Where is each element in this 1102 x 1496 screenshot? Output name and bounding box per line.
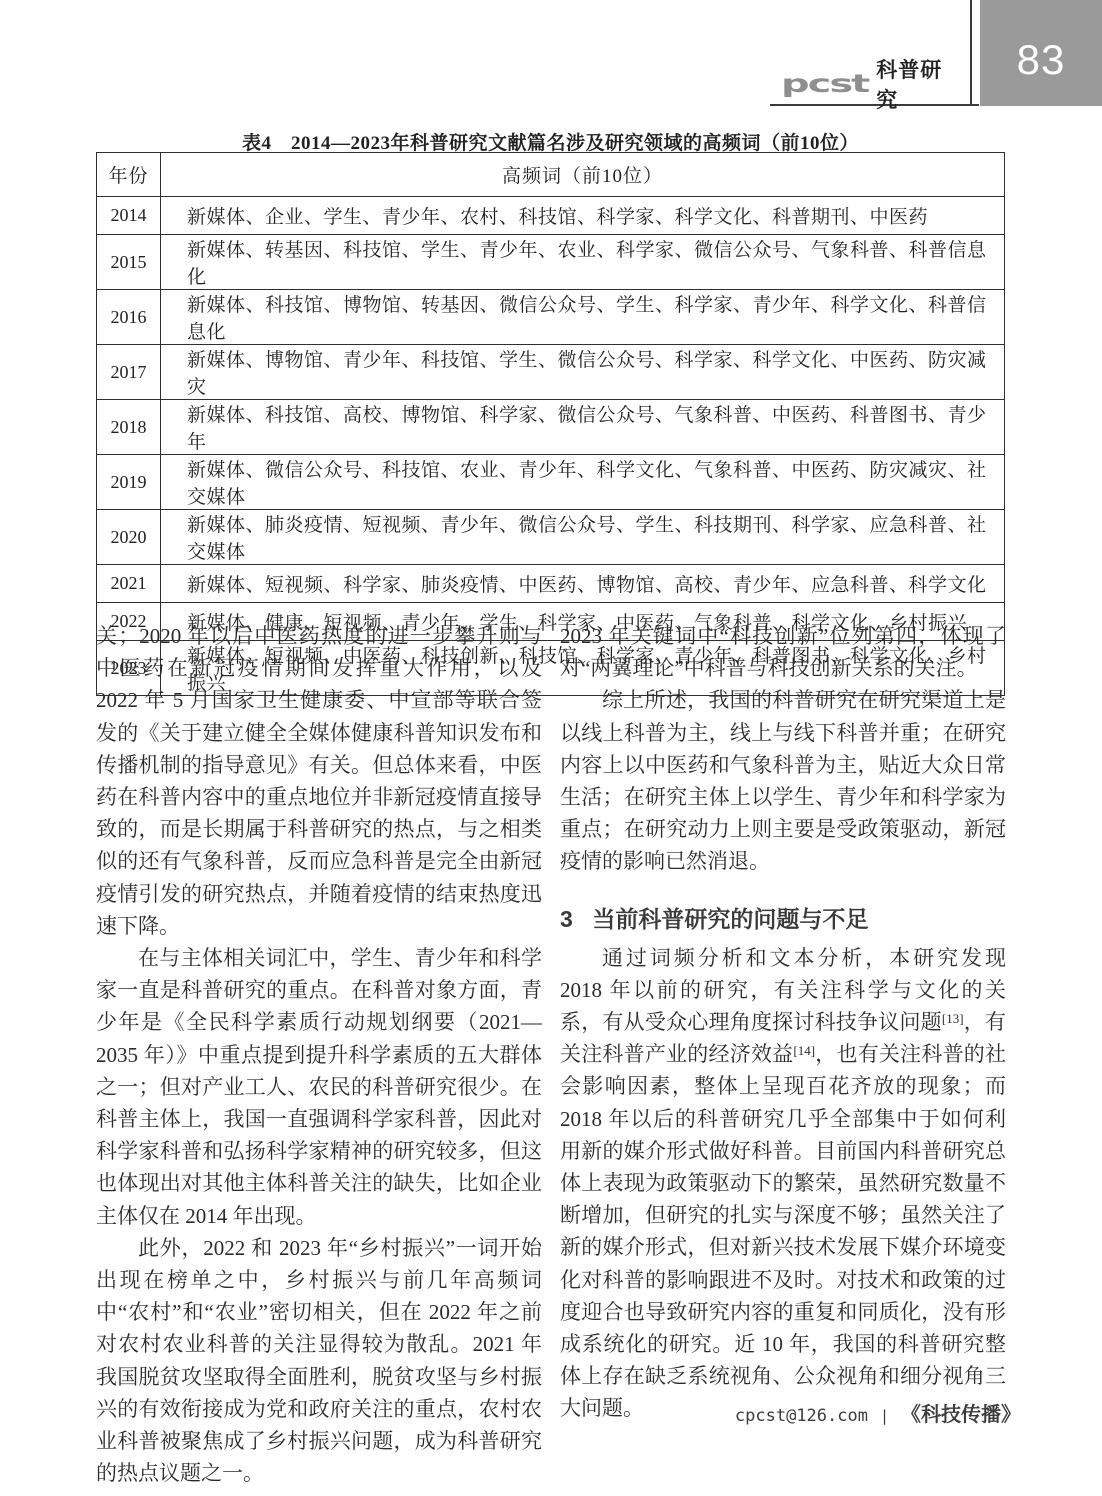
body-paragraph-tech-innovation: 2023 年关键词中“科技创新”位列第四，体现了对“两翼理论”中科普与科技创新关… <box>560 620 1006 684</box>
keywords-cell: 新媒体、科技馆、高校、博物馆、科学家、微信公众号、气象科普、中医药、科普图书、青… <box>161 400 1005 455</box>
keywords-cell: 新媒体、短视频、科学家、肺炎疫情、中医药、博物馆、高校、青少年、应急科普、科学文… <box>161 565 1005 603</box>
year-cell: 2015 <box>97 235 161 290</box>
left-text-column: 关；2020 年以后中医药热度的进一步攀升则与中医药在新冠疫情期间发挥重大作用，… <box>96 620 542 1489</box>
reference-superscript-13: [13] <box>942 1011 964 1026</box>
section-heading: 3当前科普研究的问题与不足 <box>560 904 1006 934</box>
table-row: 2020 新媒体、肺炎疫情、短视频、青少年、微信公众号、学生、科技期刊、科学家、… <box>97 510 1005 565</box>
page-number-badge: 83 <box>980 0 1102 106</box>
table-caption: 表4 2014—2023年科普研究文献篇名涉及研究领域的高频词（前10位） <box>96 128 1005 155</box>
footer-separator: | <box>880 1407 889 1425</box>
table-row: 2019 新媒体、微信公众号、科技馆、农业、青少年、科学文化、气象科普、中医药、… <box>97 455 1005 510</box>
table-row: 2014 新媒体、企业、学生、青少年、农村、科技馆、科学家、科学文化、科普期刊、… <box>97 197 1005 235</box>
body-paragraph-summary: 综上所述，我国的科普研究在研究渠道上是以线上科普为主，线上与线下科普并重；在研究… <box>560 684 1006 877</box>
table-header-row: 年份 高频词（前10位） <box>97 153 1005 197</box>
paragraph-segment: 通过词频分析和文本分析，本研究发现 2018 年以前的研究，有关注科学与文化的关… <box>560 946 1006 1034</box>
year-cell: 2019 <box>97 455 161 510</box>
section-title: 当前科普研究的问题与不足 <box>592 906 868 932</box>
body-paragraph-tcm: 关；2020 年以后中医药热度的进一步攀升则与中医药在新冠疫情期间发挥重大作用，… <box>96 620 542 942</box>
table-row: 2018 新媒体、科技馆、高校、博物馆、科学家、微信公众号、气象科普、中医药、科… <box>97 400 1005 455</box>
reference-superscript-14: [14] <box>793 1043 815 1058</box>
keywords-cell: 新媒体、博物馆、青少年、科技馆、学生、微信公众号、科学家、科学文化、中医药、防灾… <box>161 345 1005 400</box>
high-frequency-words-table: 年份 高频词（前10位） 2014 新媒体、企业、学生、青少年、农村、科技馆、科… <box>96 152 1005 696</box>
contact-email: cpcst@126.com <box>735 1406 868 1426</box>
year-cell: 2016 <box>97 290 161 345</box>
table-row: 2017 新媒体、博物馆、青少年、科技馆、学生、微信公众号、科学家、科学文化、中… <box>97 345 1005 400</box>
body-paragraph-problems: 通过词频分析和文本分析，本研究发现 2018 年以前的研究，有关注科学与文化的关… <box>560 942 1006 1425</box>
keywords-cell: 新媒体、肺炎疫情、短视频、青少年、微信公众号、学生、科技期刊、科学家、应急科普、… <box>161 510 1005 565</box>
body-paragraph-subjects: 在与主体相关词汇中，学生、青少年和科学家一直是科普研究的重点。在科普对象方面，青… <box>96 942 542 1232</box>
table-row: 2016 新媒体、科技馆、博物馆、转基因、微信公众号、学生、科学家、青少年、科学… <box>97 290 1005 345</box>
page-footer: cpcst@126.com | 《科技传播》 <box>0 1398 1021 1427</box>
year-cell: 2017 <box>97 345 161 400</box>
journal-logo: pcst 科普研究 <box>781 66 961 102</box>
footer-journal-name: 《科技传播》 <box>901 1398 1021 1427</box>
right-text-column: 2023 年关键词中“科技创新”位列第四，体现了对“两翼理论”中科普与科技创新关… <box>560 620 1006 1425</box>
year-cell: 2018 <box>97 400 161 455</box>
year-cell: 2014 <box>97 197 161 235</box>
keywords-cell: 新媒体、微信公众号、科技馆、农业、青少年、科学文化、气象科普、中医药、防灾减灾、… <box>161 455 1005 510</box>
body-paragraph-rural-revitalization: 此外，2022 和 2023 年“乡村振兴”一词开始出现在榜单之中，乡村振兴与前… <box>96 1232 542 1490</box>
table-row: 2015 新媒体、转基因、科技馆、学生、青少年、农业、科学家、微信公众号、气象科… <box>97 235 1005 290</box>
journal-page: 83 pcst 科普研究 表4 2014—2023年科普研究文献篇名涉及研究领域… <box>0 0 1102 1496</box>
column-header-keywords: 高频词（前10位） <box>161 153 1005 197</box>
year-cell: 2020 <box>97 510 161 565</box>
keywords-cell: 新媒体、科技馆、博物馆、转基因、微信公众号、学生、科学家、青少年、科学文化、科普… <box>161 290 1005 345</box>
year-cell: 2021 <box>97 565 161 603</box>
pcst-logo-icon: pcst <box>781 75 868 94</box>
section-number: 3 <box>560 906 573 932</box>
keywords-cell: 新媒体、企业、学生、青少年、农村、科技馆、科学家、科学文化、科普期刊、中医药 <box>161 197 1005 235</box>
column-header-year: 年份 <box>97 153 161 197</box>
paragraph-segment: ，也有关注科普的社会影响因素，整体上呈现百花齐放的现象；而 2018 年以后的科… <box>560 1042 1006 1420</box>
table-row: 2021 新媒体、短视频、科学家、肺炎疫情、中医药、博物馆、高校、青少年、应急科… <box>97 565 1005 603</box>
page-number: 83 <box>1017 36 1066 84</box>
journal-name-label: 科普研究 <box>876 54 961 114</box>
header-vertical-rule <box>970 0 972 106</box>
keywords-cell: 新媒体、转基因、科技馆、学生、青少年、农业、科学家、微信公众号、气象科普、科普信… <box>161 235 1005 290</box>
